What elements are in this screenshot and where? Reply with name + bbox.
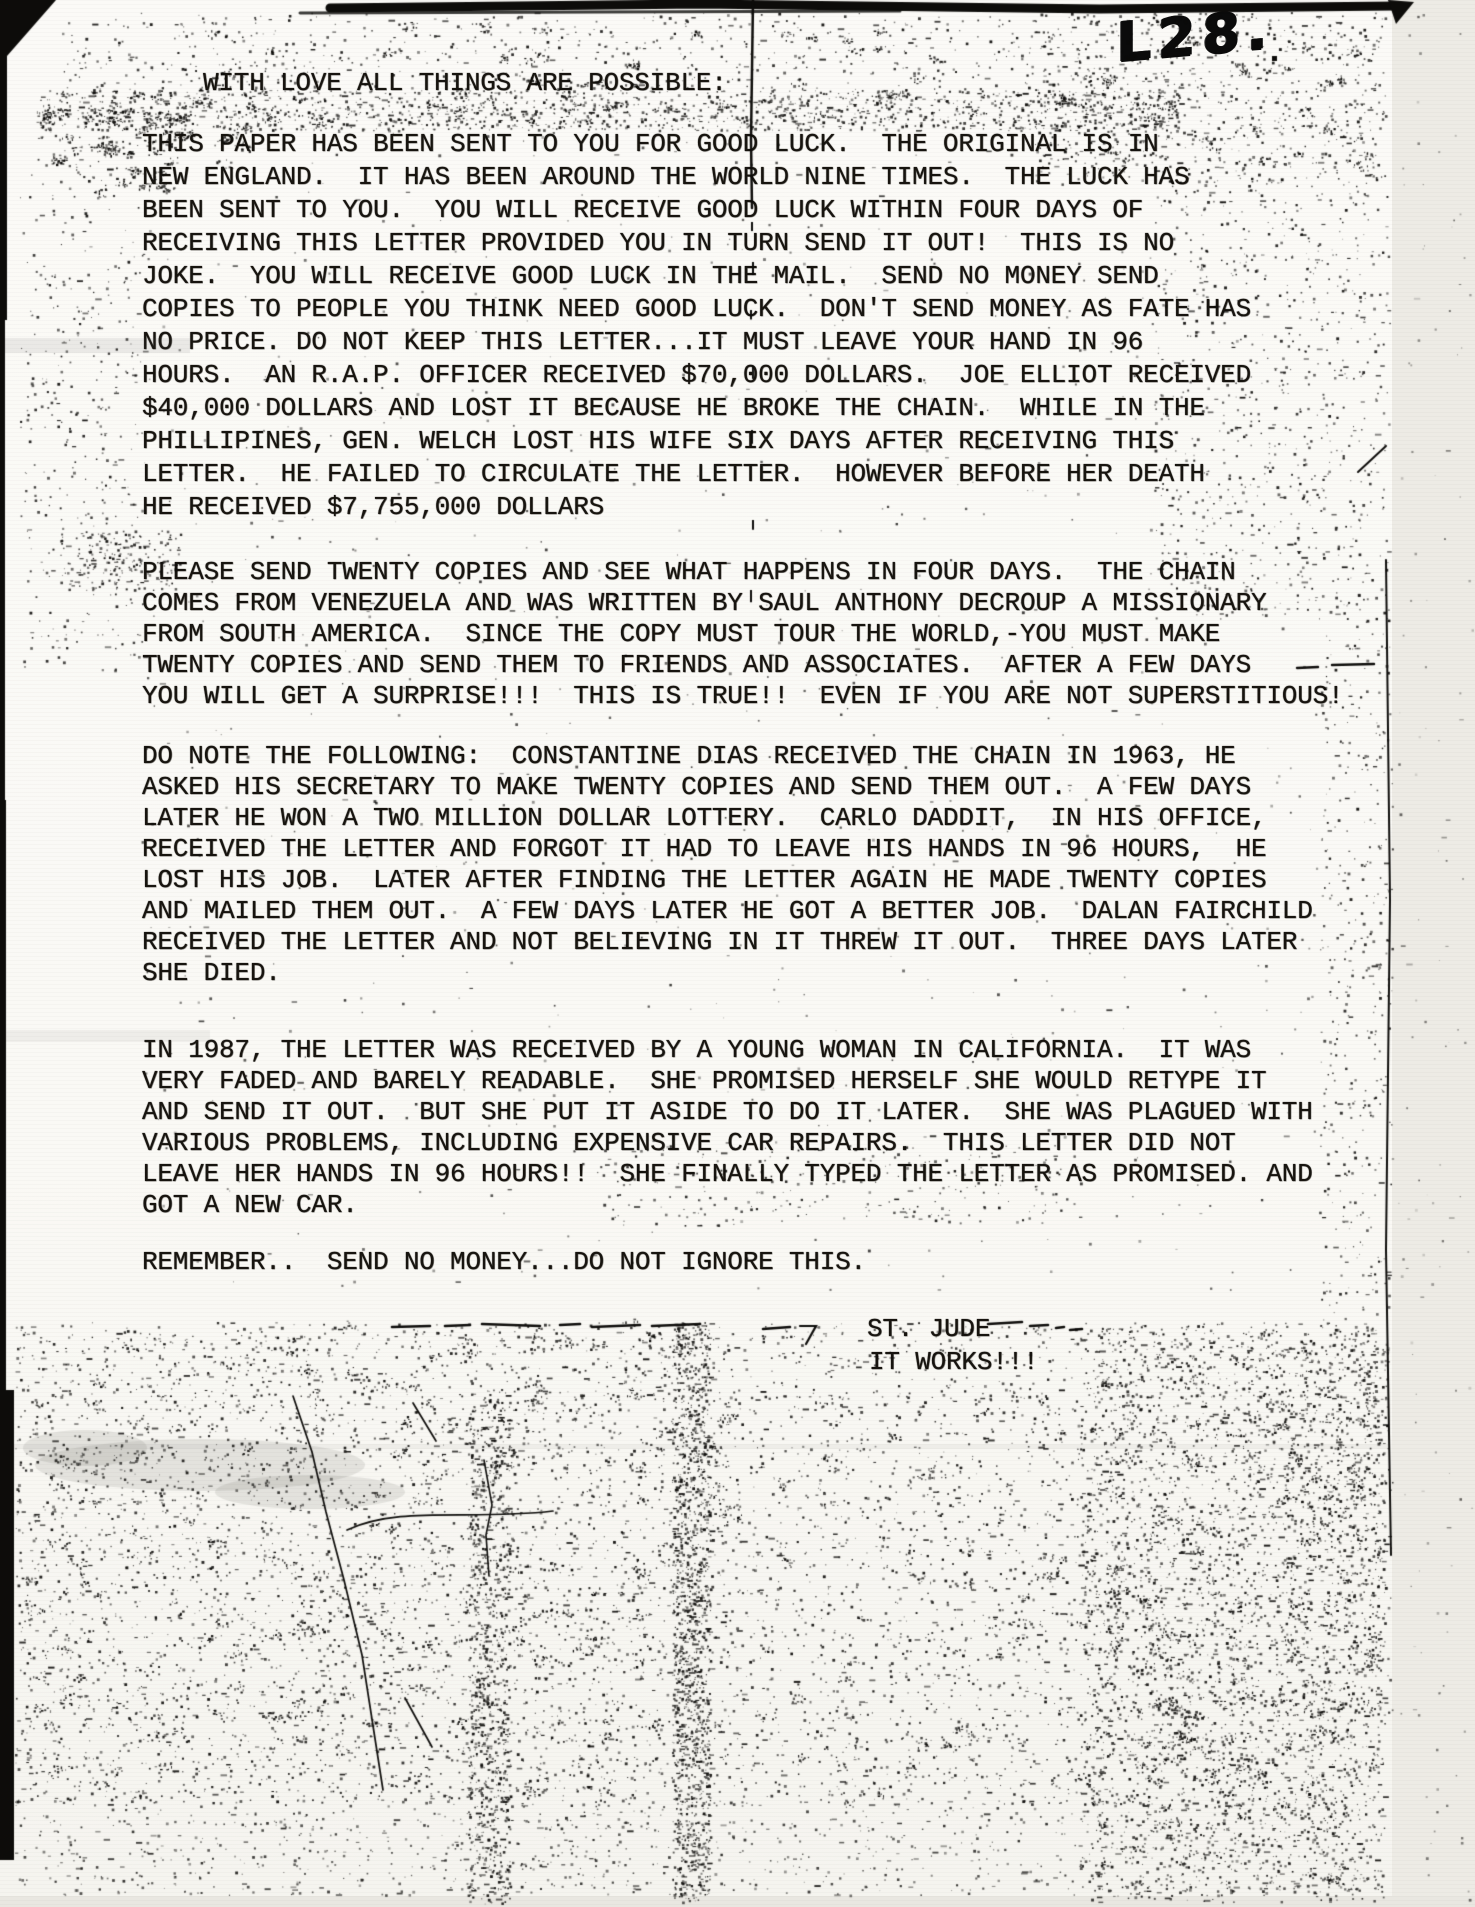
- letter-closing-line: REMEMBER.. SEND NO MONEY...DO NOT IGNORE…: [142, 1247, 866, 1278]
- handwritten-page-label: L28.: [1116, 0, 1273, 74]
- letter-paragraph-2: PLEASE SEND TWENTY COPIES AND SEE WHAT H…: [142, 557, 1343, 712]
- letter-paragraph-3: DO NOTE THE FOLLOWING: CONSTANTINE DIAS …: [142, 741, 1313, 989]
- letter-title: WITH LOVE ALL THINGS ARE POSSIBLE:: [203, 68, 727, 99]
- scanned-chain-letter-page: L28. WITH LOVE ALL THINGS ARE POSSIBLE: …: [0, 0, 1475, 1907]
- letter-paragraph-4: IN 1987, THE LETTER WAS RECEIVED BY A YO…: [142, 1035, 1313, 1221]
- scanner-bed-right-margin: [1392, 0, 1475, 1907]
- letter-paragraph-1: THIS PAPER HAS BEEN SENT TO YOU FOR GOOD…: [142, 128, 1251, 524]
- signature-st-jude: ST. JUDE: [867, 1314, 990, 1345]
- scanner-bed-bottom-margin: [0, 1896, 1475, 1907]
- signature-it-works: IT WORKS!!!: [869, 1347, 1038, 1378]
